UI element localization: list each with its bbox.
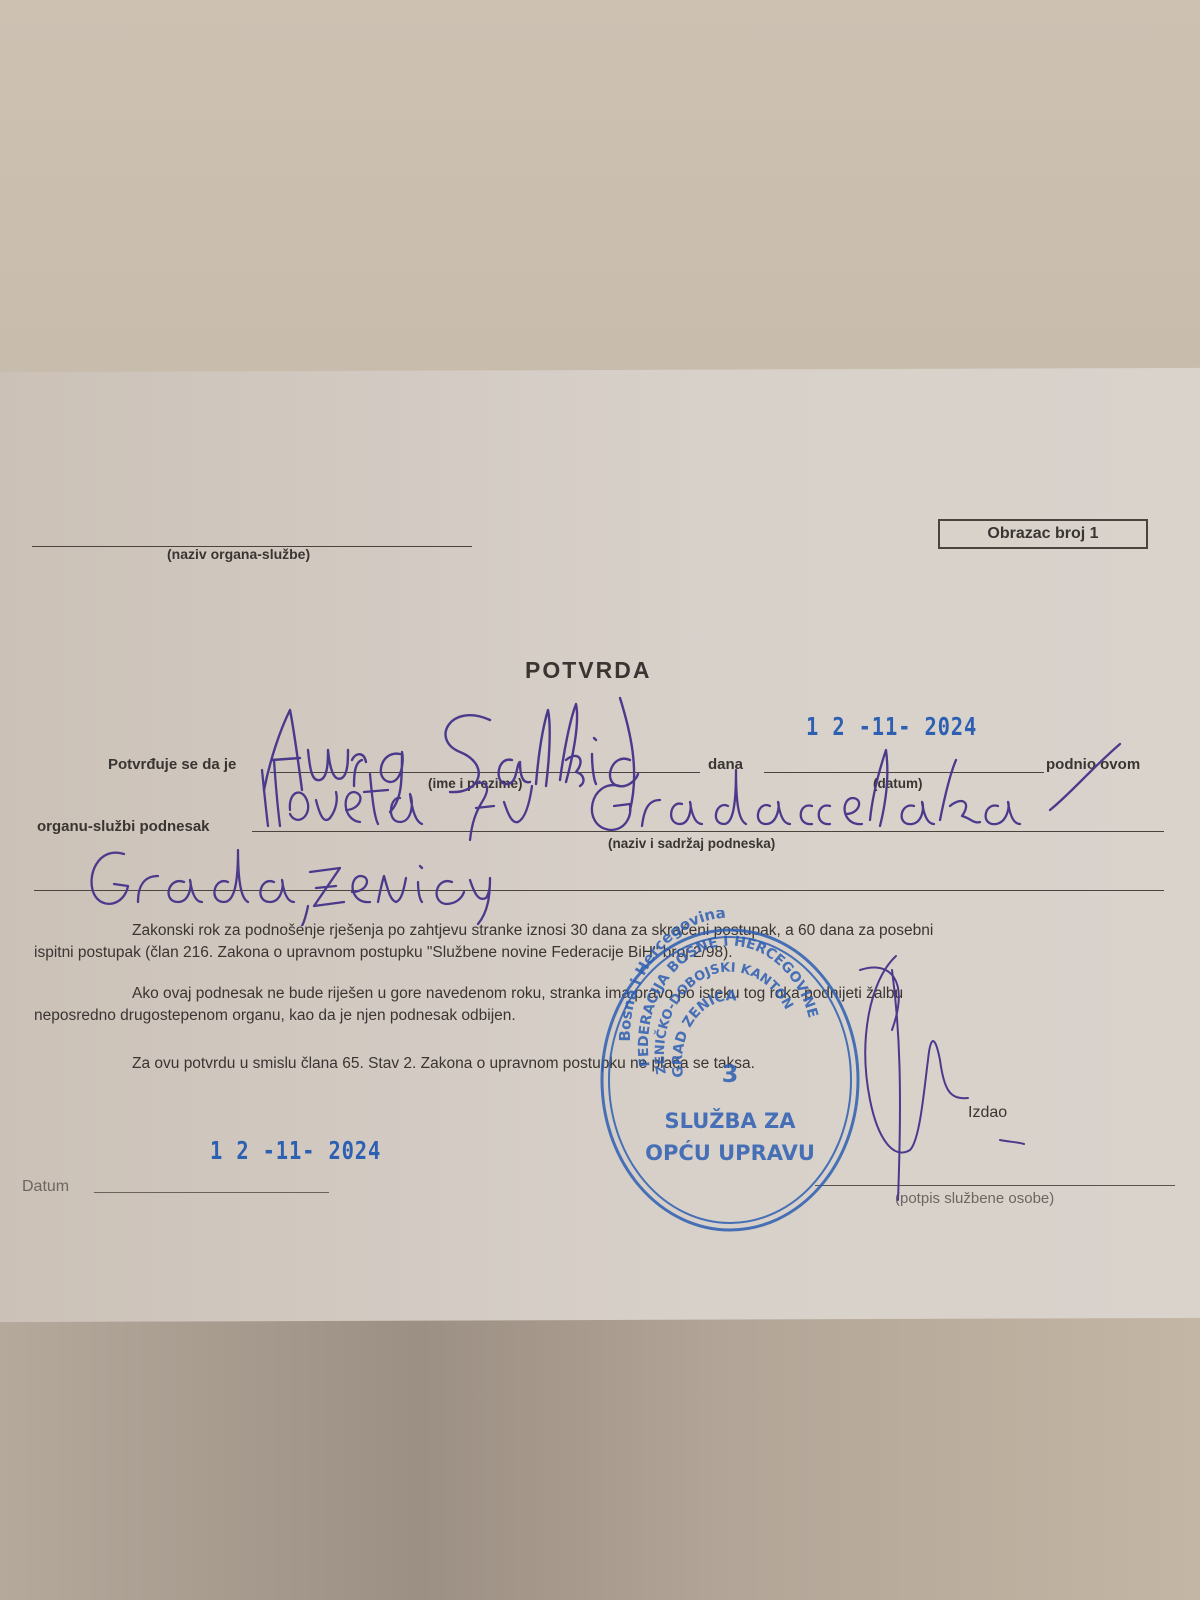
background-surface <box>0 0 1200 375</box>
datum-line <box>94 1192 329 1193</box>
organ-name-caption: (naziv organa-službe) <box>167 546 310 562</box>
submission-prefix: organu-službi podnesak <box>37 818 210 835</box>
official-signature <box>850 950 1030 1210</box>
datum-label: Datum <box>22 1178 69 1196</box>
confirmation-prefix: Potvrđuje se da je <box>108 756 236 773</box>
svg-text:3: 3 <box>722 1060 739 1088</box>
handwritten-city <box>78 836 518 926</box>
issue-date-stamp: 1 2 -11- 2024 <box>210 1136 381 1165</box>
appeal-right-paragraph-line2: neposredno drugostepenom organu, kao da … <box>34 1005 516 1027</box>
handwritten-submission-content <box>250 730 1130 850</box>
form-number-label: Obrazac broj 1 <box>987 525 1098 543</box>
svg-text:OPĆU UPRAVU: OPĆU UPRAVU <box>645 1140 815 1165</box>
background-surface-lower <box>0 1310 1200 1600</box>
form-number-box: Obrazac broj 1 <box>938 519 1148 549</box>
official-seal: Bosna i Hercegovina FEDERACIJA BOSNE I H… <box>595 910 865 1240</box>
document-title: POTVRDA <box>525 657 651 684</box>
svg-text:SLUŽBA ZA: SLUŽBA ZA <box>664 1108 796 1133</box>
